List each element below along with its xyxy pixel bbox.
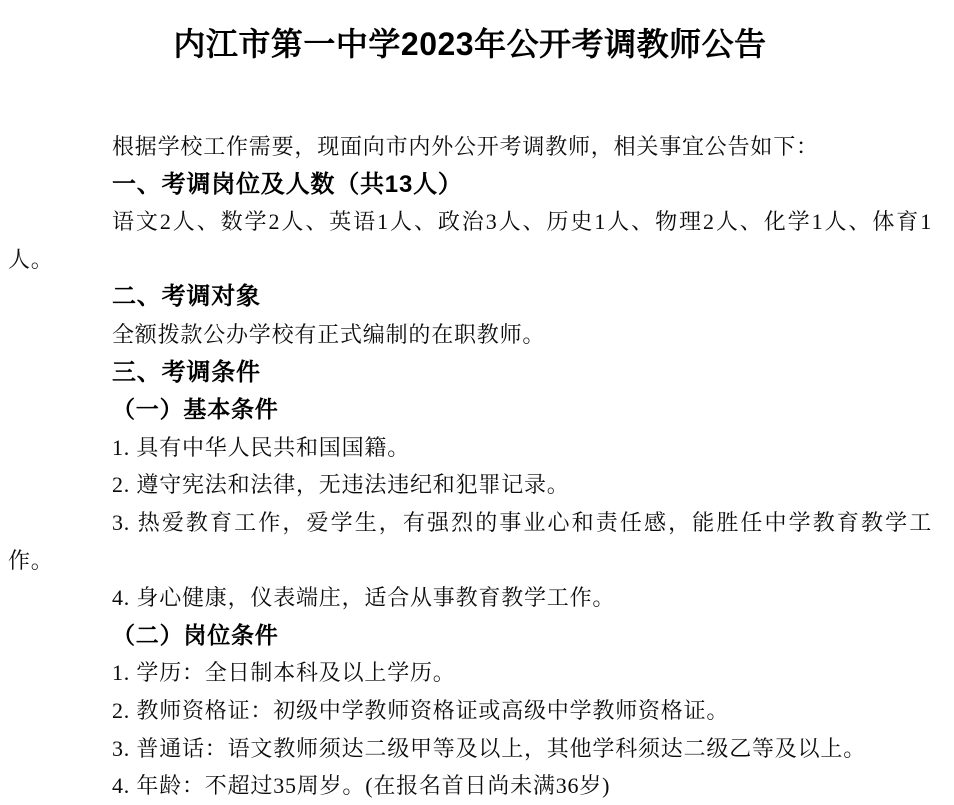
document-title: 内江市第一中学2023年公开考调教师公告 bbox=[8, 24, 932, 64]
item-devotion: 3. 热爱教育工作，爱学生，有强烈的事业心和责任感，能胜任中学教育教学工作。 bbox=[8, 504, 932, 579]
document-page: 内江市第一中学2023年公开考调教师公告 根据学校工作需要，现面向市内外公开考调… bbox=[0, 0, 954, 805]
item-law-record: 2. 遵守宪法和法律，无违法违纪和犯罪记录。 bbox=[8, 466, 932, 504]
subheading-basic-conditions: （一）基本条件 bbox=[8, 391, 932, 429]
heading-conditions: 三、考调条件 bbox=[8, 354, 932, 392]
paragraph-positions-list: 语文2人、数学2人、英语1人、政治3人、历史1人、物理2人、化学1人、体育1人。 bbox=[8, 203, 932, 278]
subheading-post-conditions: （二）岗位条件 bbox=[8, 617, 932, 655]
item-teacher-certificate: 2. 教师资格证：初级中学教师资格证或高级中学教师资格证。 bbox=[8, 692, 932, 730]
paragraph-transfer-targets: 全额拨款公办学校有正式编制的在职教师。 bbox=[8, 316, 932, 354]
paragraph-intro: 根据学校工作需要，现面向市内外公开考调教师，相关事宜公告如下： bbox=[8, 128, 932, 166]
item-nationality: 1. 具有中华人民共和国国籍。 bbox=[8, 429, 932, 467]
item-age-limit: 4. 年龄：不超过35周岁。(在报名首日尚未满36岁) bbox=[8, 767, 932, 805]
item-mandarin-level: 3. 普通话：语文教师须达二级甲等及以上，其他学科须达二级乙等及以上。 bbox=[8, 730, 932, 768]
heading-transfer-targets: 二、考调对象 bbox=[8, 278, 932, 316]
item-education: 1. 学历：全日制本科及以上学历。 bbox=[8, 654, 932, 692]
item-health: 4. 身心健康，仪表端庄，适合从事教育教学工作。 bbox=[8, 579, 932, 617]
heading-positions-count: 一、考调岗位及人数（共13人） bbox=[8, 166, 932, 204]
